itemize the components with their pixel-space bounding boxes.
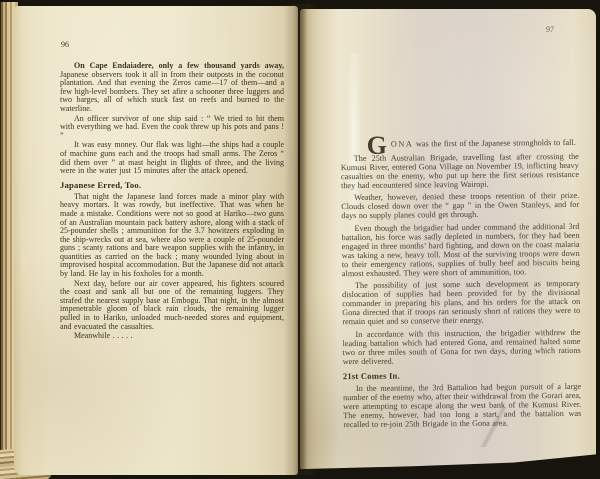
paragraph: Meanwhile . . . . . bbox=[60, 332, 284, 341]
section-heading-left: Japanese Erred, Too. bbox=[60, 180, 284, 190]
page-number-left: 96 bbox=[61, 40, 284, 49]
paragraph: It was easy money. Our flak was light—th… bbox=[60, 141, 284, 175]
paragraph-text: was the first of the Japanese stronghold… bbox=[413, 138, 575, 149]
page-crease bbox=[440, 407, 550, 447]
paragraph: Weather, however, denied these troops re… bbox=[341, 191, 579, 220]
paragraph: In accordance with this instruction, the… bbox=[342, 327, 580, 365]
section-heading-right: 21st Comes In. bbox=[343, 368, 581, 380]
drop-cap: G bbox=[354, 142, 388, 150]
paragraph: On Cape Endaiadere, only a few thousand … bbox=[60, 62, 284, 114]
left-page-text-block: 96 On Cape Endaiadere, only a few thousa… bbox=[60, 40, 284, 342]
lead-caps: ONA bbox=[391, 139, 414, 148]
right-page-text-block: GONA was the first of the Japanese stron… bbox=[341, 138, 582, 432]
left-page: 96 On Cape Endaiadere, only a few thousa… bbox=[14, 6, 298, 475]
paragraph: GONA was the first of the Japanese stron… bbox=[341, 138, 579, 150]
paragraph-text: Japanese observers took it all in from t… bbox=[60, 70, 284, 113]
paragraph: An officer survivor of one ship said : “… bbox=[60, 115, 284, 141]
paragraph: That night the Japanese land forces made… bbox=[60, 193, 284, 279]
right-page: 97 GONA was the first of the Japanese st… bbox=[300, 9, 596, 470]
paragraph: Even though the brigadier had under comm… bbox=[341, 221, 580, 277]
paragraph: Next day, before our air cover appeared,… bbox=[60, 280, 284, 332]
paragraph: The 25th Australian Brigade, travelling … bbox=[341, 151, 579, 189]
book-scan: 96 On Cape Endaiadere, only a few thousa… bbox=[0, 0, 600, 479]
page-number-right: 97 bbox=[546, 25, 554, 34]
paragraph: The possibility of just some such develo… bbox=[342, 279, 580, 326]
